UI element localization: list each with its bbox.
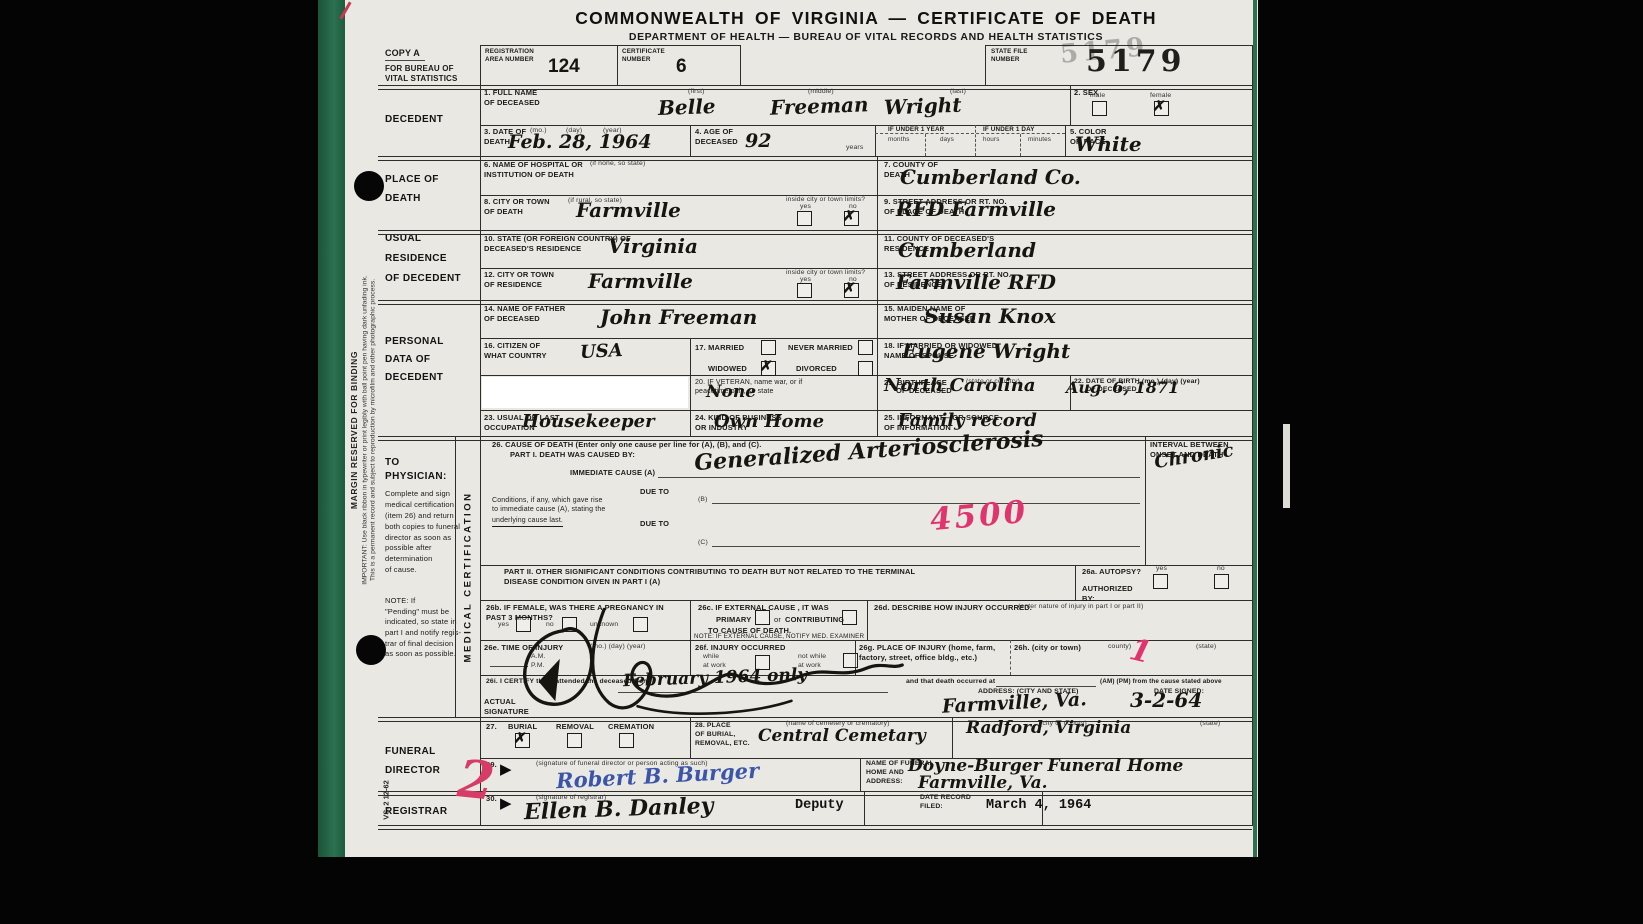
field-17-divorced-label: DIVORCED	[796, 364, 837, 374]
field-4-unit: years	[846, 144, 863, 153]
binding-strip	[318, 0, 345, 857]
rule	[877, 156, 878, 436]
margin-binding-title: MARGIN RESERVED FOR BINDING	[349, 351, 359, 509]
rule	[860, 758, 861, 791]
arrow-30-icon: ▶	[500, 796, 512, 811]
check-mark: ✗	[1152, 96, 1167, 116]
rule	[1010, 640, 1011, 675]
annotation-case-number: 4500	[929, 494, 1030, 538]
field-1-value-first: Belle	[658, 94, 716, 120]
field-26a-no-label: no	[1217, 565, 1225, 574]
field-26h-label: 26h. (city or town)	[1014, 643, 1081, 653]
scanned-death-certificate: MARGIN RESERVED FOR BINDING IMPORTANT: U…	[0, 0, 1643, 924]
under-1-year-head: IF UNDER 1 YEAR	[888, 126, 944, 134]
field-21-value: North Carolina	[884, 375, 1036, 396]
copy-underline	[385, 60, 425, 61]
hole-punch-bottom	[356, 635, 386, 665]
margin-note-2: This is a permanent record and subject t…	[370, 279, 377, 581]
field-27-cremation-label: CREMATION	[608, 722, 654, 732]
rule	[455, 436, 456, 717]
field-3-value: Feb. 28, 1964	[508, 131, 652, 153]
redaction-box	[482, 377, 688, 408]
field-26d-hint: (enter nature of injury in part I or par…	[1018, 603, 1143, 612]
physician-instructions: Complete and sign medical certification …	[385, 489, 460, 576]
field-13-value: Farmville RFD	[896, 270, 1056, 294]
field-16-value: USA	[579, 340, 623, 363]
field-26-conditions: Conditions, if any, which gave rise to i…	[492, 496, 605, 514]
state-file-stamp: 5179	[1086, 44, 1186, 79]
write-line-b	[712, 503, 1140, 504]
field-27-number: 27.	[486, 722, 497, 732]
registration-area-label: REGISTRATION AREA NUMBER	[485, 48, 534, 64]
checkbox-sex-male	[1092, 101, 1107, 116]
rule	[1145, 436, 1146, 565]
checkbox-26a-no	[1214, 574, 1229, 589]
rule	[1065, 125, 1066, 156]
checkbox-27-removal	[567, 733, 582, 748]
field-26-value-a: Generalized Arteriosclerosis	[694, 426, 1045, 476]
section-place-of-death: PLACE OF DEATH	[385, 170, 439, 208]
checkbox-12-yes	[797, 283, 812, 298]
under-1-day-head: IF UNDER 1 DAY	[983, 126, 1035, 134]
field-7-value: Cumberland Co.	[900, 165, 1081, 189]
checkbox-8-yes	[797, 211, 812, 226]
rule	[1020, 134, 1021, 156]
field-28-cemetery-value: Central Cemetary	[758, 726, 926, 746]
rule	[480, 45, 481, 826]
margin-note-1: IMPORTANT: Use black ribbon in typewrite…	[362, 275, 369, 585]
field-6-hint: (if none, so state)	[590, 160, 645, 169]
checkbox-sex-female: ✗	[1154, 101, 1169, 116]
annotation-mark-two: 2	[455, 748, 497, 812]
annotation-mark-one: 1	[1126, 632, 1155, 671]
write-line-26i-at	[996, 686, 1096, 687]
section-to-physician: TO PHYSICIAN:	[385, 456, 447, 483]
rule	[690, 125, 691, 156]
field-8-label: 8. CITY OR TOWN OF DEATH	[484, 197, 550, 217]
field-26a-authorized: AUTHORIZED BY:	[1082, 584, 1133, 604]
field-8-value: Farmville	[576, 198, 681, 222]
checkbox-17-married	[761, 340, 776, 355]
physician-signature	[484, 589, 918, 734]
field-26-b: (B)	[698, 496, 708, 505]
field-26h-county: county)	[1108, 643, 1131, 652]
checkbox-17-never-married	[858, 340, 873, 355]
checkbox-12-no: ✗	[844, 283, 859, 298]
field-26h-state: (state)	[1196, 643, 1216, 652]
background-paper-sliver	[1283, 424, 1290, 508]
field-12-value: Farmville	[588, 269, 693, 293]
rule	[480, 338, 1252, 339]
field-26-due1: DUE TO	[640, 487, 669, 497]
registration-area-value: 124	[548, 56, 580, 78]
copy-label: COPY A	[385, 48, 420, 60]
field-30-signature: Ellen B. Danley	[524, 793, 714, 826]
field-17-married-label: 17. MARRIED	[695, 343, 744, 353]
field-26-conditions-underlined: underlying cause last.	[492, 516, 563, 527]
under-1-year-months: months	[888, 136, 910, 144]
field-26i-occurred: and that death occurred at	[906, 678, 995, 687]
rule	[617, 45, 618, 85]
certificate-number-value: 6	[676, 56, 687, 78]
rule	[975, 125, 976, 156]
field-26-c: (C)	[698, 539, 708, 548]
field-17-never-label: NEVER MARRIED	[788, 343, 853, 353]
arrow-29-icon: ▶	[500, 762, 512, 777]
rule	[480, 45, 740, 46]
field-30-deputy: Deputy	[795, 798, 844, 813]
rule	[925, 134, 926, 156]
field-20-value: None	[706, 382, 756, 402]
medical-certification-label: MEDICAL CERTIFICATION	[463, 492, 474, 663]
field-10-value: Virginia	[608, 234, 698, 258]
field-4-label: 4. AGE OF DECEASED	[695, 127, 738, 147]
checkbox-26a-yes	[1153, 574, 1168, 589]
field-26i-ampm: (AM) (PM) from the cause stated above	[1100, 678, 1222, 686]
state-file-label: STATE FILE NUMBER	[991, 48, 1028, 64]
section-personal-data: PERSONAL DATA OF DECEDENT	[385, 333, 444, 387]
rule	[480, 565, 1252, 566]
write-line-a	[658, 477, 1140, 478]
part-2-text: PART II. OTHER SIGNIFICANT CONDITIONS CO…	[504, 567, 915, 587]
section-residence: USUAL RESIDENCE OF DECEDENT	[385, 229, 461, 289]
checkbox-27-cremation	[619, 733, 634, 748]
field-26-part1: PART I. DEATH WAS CAUSED BY:	[510, 450, 635, 460]
field-17-widowed-label: WIDOWED	[708, 364, 747, 374]
section-registrar: REGISTRAR	[385, 802, 448, 821]
rule	[952, 717, 953, 758]
field-27-removal-label: REMOVAL	[556, 722, 594, 732]
field-28-city-value: Radford, Virginia	[966, 718, 1131, 738]
rule	[480, 195, 1252, 196]
field-1-value-middle: Freeman	[770, 92, 869, 119]
rule	[690, 338, 691, 436]
field-1-label: 1. FULL NAME OF DECEASED	[484, 88, 540, 108]
field-26a-label: 26a. AUTOPSY?	[1082, 567, 1141, 577]
field-26i-hand-address: Farmville, Va.	[942, 688, 1088, 718]
section-decedent: DECEDENT	[385, 110, 443, 129]
field-14-label: 14. NAME OF FATHER OF DECEASED	[484, 304, 565, 324]
field-5-value: White	[1075, 132, 1142, 156]
field-30-filed-label: DATE RECORD FILED:	[920, 794, 971, 812]
write-line-c	[712, 546, 1140, 547]
field-1-value-last: Wright	[884, 93, 962, 120]
check-mark: ✗	[842, 206, 857, 226]
checkbox-17-widowed: ✗	[761, 361, 776, 376]
field-6-label: 6. NAME OF HOSPITAL OR INSTITUTION OF DE…	[484, 160, 583, 180]
check-mark: ✗	[759, 356, 774, 376]
field-24-value: Own Home	[714, 411, 824, 432]
page-title: COMMONWEALTH OF VIRGINIA — CERTIFICATE O…	[480, 8, 1252, 29]
checkbox-27-burial: ✗	[515, 733, 530, 748]
hole-punch-top	[354, 171, 384, 201]
field-12-label: 12. CITY OR TOWN OF RESIDENCE	[484, 270, 554, 290]
field-11-value: Cumberland	[898, 238, 1036, 262]
rule	[864, 791, 865, 825]
field-26i-hand-date-signed: 3-2-64	[1130, 688, 1202, 712]
field-18-value: Eugene Wright	[902, 339, 1070, 363]
field-26a-yes-label: yes	[1156, 565, 1167, 574]
under-1-year-days: days	[940, 136, 954, 144]
field-22-value: Aug. 6, 1871	[1066, 378, 1179, 397]
field-4-value: 92	[745, 130, 771, 152]
certificate-page: MARGIN RESERVED FOR BINDING IMPORTANT: U…	[318, 0, 1258, 857]
field-28-state-hint: (state)	[1200, 720, 1220, 729]
field-9-value: RFD Farmville	[896, 197, 1056, 221]
field-15-value: Susan Knox	[924, 304, 1056, 328]
paper-edge	[1253, 0, 1257, 857]
rule	[985, 45, 986, 85]
rule	[875, 125, 876, 156]
field-23-value: Housekeeper	[522, 411, 655, 432]
rule	[1070, 85, 1071, 125]
copy-sub-label: FOR BUREAU OF VITAL STATISTICS	[385, 64, 457, 85]
rule	[480, 125, 1252, 126]
check-mark: ✗	[842, 278, 857, 298]
field-30-filed-value: March 4, 1964	[986, 798, 1091, 813]
rule	[1075, 565, 1076, 600]
rule	[378, 825, 1252, 830]
field-29-home-city: Farmville, Va.	[918, 773, 1048, 793]
field-26-immediate-label: IMMEDIATE CAUSE (A)	[570, 468, 655, 478]
field-16-label: 16. CITIZEN OF WHAT COUNTRY	[484, 341, 547, 361]
field-28-label: 28. PLACE OF BURIAL, REMOVAL, ETC.	[695, 722, 750, 748]
checkbox-17-divorced	[858, 361, 873, 376]
section-funeral-director: FUNERAL DIRECTOR	[385, 742, 440, 780]
field-26-due2: DUE TO	[640, 519, 669, 529]
under-1-day-minutes: minutes	[1028, 136, 1051, 144]
field-14-value: John Freeman	[600, 305, 757, 329]
rule	[740, 45, 741, 85]
checkbox-8-no: ✗	[844, 211, 859, 226]
check-mark: ✗	[513, 728, 528, 748]
certificate-number-label: CERTIFICATE NUMBER	[622, 48, 665, 64]
pending-note: NOTE: If "Pending" must be indicated, so…	[385, 596, 461, 660]
field-2-male-label: male	[1090, 92, 1105, 101]
under-1-day-hours: hours	[983, 136, 1000, 144]
